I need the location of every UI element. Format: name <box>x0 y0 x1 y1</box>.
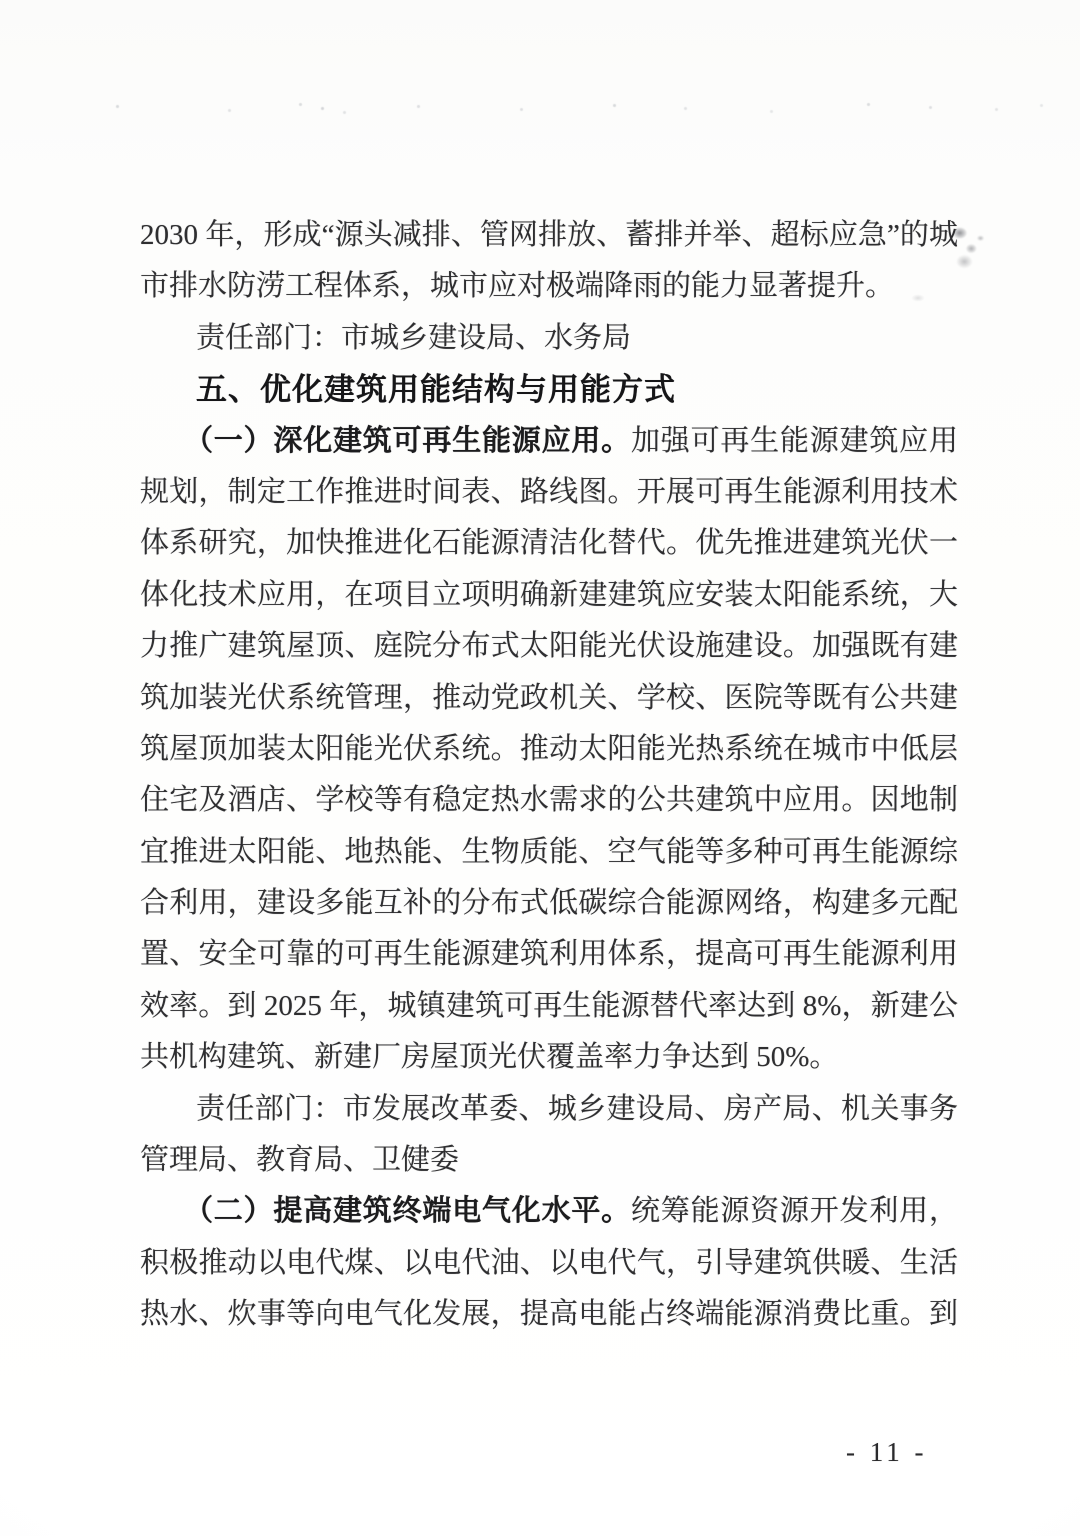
text-line: 住宅及酒店、学校等有稳定热水需求的公共建筑中应用。因地制 <box>140 775 958 826</box>
text-line: 筑加装光伏系统管理，推动党政机关、学校、医院等既有公共建 <box>140 673 958 724</box>
text-line: 力推广建筑屋顶、庭院分布式太阳能光伏设施建设。加强既有建 <box>140 621 958 672</box>
paragraph-lead-rest: 加强可再生能源建筑应用 <box>631 425 958 457</box>
text-line: 规划，制定工作推进时间表、路线图。开展可再生能源利用技术 <box>140 467 958 518</box>
paragraph-lead-line: （二）提高建筑终端电气化水平。统筹能源资源开发利用， <box>140 1186 958 1237</box>
text-line: 共机构建筑、新建厂房屋顶光伏覆盖率力争达到 50%。 <box>140 1032 958 1083</box>
text-line: 体系研究，加快推进化石能源清洁化替代。优先推进建筑光伏一 <box>140 518 958 569</box>
text-line: 体化技术应用，在项目立项明确新建建筑应安装太阳能系统，大 <box>140 570 958 621</box>
text-line: 效率。到 2025 年，城镇建筑可再生能源替代率达到 8%，新建公 <box>140 981 958 1032</box>
scan-noise-specks <box>0 105 3 108</box>
document-text-block: 2030 年，形成“源头减排、管网排放、蓄排并举、超标应急”的城 市排水防涝工程… <box>140 210 958 1341</box>
text-line: 市排水防涝工程体系，城市应对极端降雨的能力显著提升。 <box>140 261 958 312</box>
text-line: 置、安全可靠的可再生能源建筑利用体系，提高可再生能源利用 <box>140 929 958 980</box>
paragraph-lead-line: （一）深化建筑可再生能源应用。加强可再生能源建筑应用 <box>140 416 958 467</box>
paragraph-lead-rest: 统筹能源资源开发利用， <box>631 1195 958 1227</box>
page-number: - 11 - <box>846 1437 966 1468</box>
text-line: 积极推动以电代煤、以电代油、以电代气，引导建筑供暖、生活 <box>140 1238 958 1289</box>
responsible-dept-line-cont: 管理局、教育局、卫健委 <box>140 1135 958 1186</box>
text-line: 筑屋顶加装太阳能光伏系统。推动太阳能光热系统在城市中低层 <box>140 724 958 775</box>
text-line: 热水、炊事等向电气化发展，提高电能占终端能源消费比重。到 <box>140 1289 958 1340</box>
paragraph-lead-bold: （一）深化建筑可再生能源应用。 <box>184 425 631 457</box>
responsible-dept-line: 责任部门：市发展改革委、城乡建设局、房产局、机关事务 <box>140 1084 958 1135</box>
document-page: 2030 年，形成“源头减排、管网排放、蓄排并举、超标应急”的城 市排水防涝工程… <box>0 0 1080 1536</box>
section-heading: 五、优化建筑用能结构与用能方式 <box>140 364 958 415</box>
text-line: 2030 年，形成“源头减排、管网排放、蓄排并举、超标应急”的城 <box>140 210 958 261</box>
text-line: 宜推进太阳能、地热能、生物质能、空气能等多种可再生能源综 <box>140 827 958 878</box>
text-line: 合利用，建设多能互补的分布式低碳综合能源网络，构建多元配 <box>140 878 958 929</box>
paragraph-lead-bold: （二）提高建筑终端电气化水平。 <box>184 1195 631 1227</box>
responsible-dept-line: 责任部门：市城乡建设局、水务局 <box>140 313 958 364</box>
